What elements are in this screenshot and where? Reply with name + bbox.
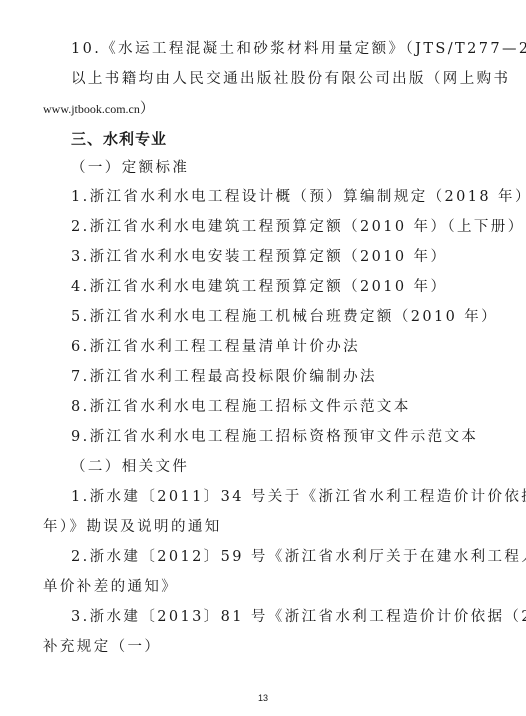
- section-heading: 三、水利专业: [71, 130, 167, 148]
- list-item: 3.浙水建〔2013〕81 号《浙江省水利工程造价计价依据（2010 年）》: [71, 608, 526, 626]
- list-item: 3.浙江省水利水电安装工程预算定额（2010 年）: [71, 248, 447, 266]
- list-item: 9.浙江省水利水电工程施工招标资格预审文件示范文本: [71, 428, 478, 446]
- list-item: 7.浙江省水利工程最高投标限价编制办法: [71, 368, 377, 386]
- subsection-heading: （一）定额标准: [71, 159, 189, 177]
- list-item: 2.浙水建〔2012〕59 号《浙江省水利厅关于在建水利工程人工预算: [71, 548, 526, 566]
- list-item-continuation: 年）》勘误及说明的通知: [43, 518, 222, 536]
- text-line: www.jtbook.com.cn）: [43, 100, 157, 118]
- list-item: 6.浙江省水利工程工程量清单计价办法: [71, 338, 360, 356]
- text-line: 10.《水运工程混凝土和砂浆材料用量定额》（JTS/T277—2019）: [71, 40, 526, 58]
- list-item: 2.浙江省水利水电建筑工程预算定额（2010 年）（上下册）: [71, 218, 525, 236]
- list-item: 8.浙江省水利水电工程施工招标文件示范文本: [71, 398, 411, 416]
- subsection-heading: （二）相关文件: [71, 458, 189, 476]
- list-item: 1.浙江省水利水电工程设计概（预）算编制规定（2018 年）: [71, 188, 526, 206]
- text-line: 以上书籍均由人民交通出版社股份有限公司出版（网上购书: [71, 70, 510, 88]
- list-item: 5.浙江省水利水电工程施工机械台班费定额（2010 年）: [71, 308, 498, 326]
- list-item: 4.浙江省水利水电建筑工程预算定额（2010 年）: [71, 278, 447, 296]
- list-item: 1.浙水建〔2011〕34 号关于《浙江省水利工程造价计价依据（2010: [71, 488, 526, 506]
- website-link[interactable]: www.jtbook.com.cn: [43, 102, 140, 116]
- list-item-continuation: 补充规定（一）: [43, 638, 161, 656]
- list-item-continuation: 单价补差的通知》: [43, 578, 178, 596]
- page-number: 13: [0, 693, 526, 703]
